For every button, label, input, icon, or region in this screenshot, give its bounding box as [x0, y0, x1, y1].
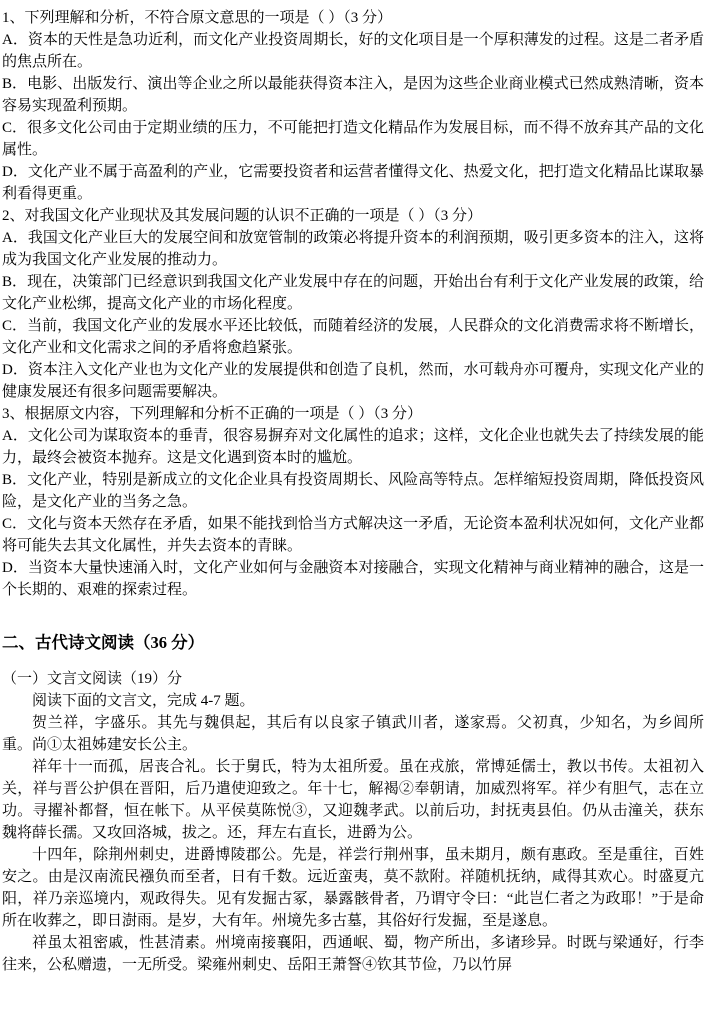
exam-document-page: 1、下列理解和分析，不符合原文意思的一项是（ ）（3 分） A．资本的天性是急功…: [0, 0, 706, 1030]
question-2-option-a: A．我国文化产业巨大的发展空间和放宽管制的政策必将提升资本的利润预期，吸引更多资…: [2, 227, 704, 271]
question-1-option-b: B．电影、出版发行、演出等企业之所以最能获得资本注入，是因为这些企业商业模式已然…: [2, 73, 704, 117]
passage-paragraph-3: 十四年，除荆州刺史，进爵博陵郡公。先是，祥尝行荆州事，虽未期月，颇有惠政。至是重…: [2, 844, 704, 932]
question-3-option-d: D．当资本大量快速涌入时，文化产业如何与金融资本对接融合，实现文化精神与商业精神…: [2, 557, 704, 601]
question-2-option-b: B．现在，决策部门已经意识到我国文化产业发展中存在的问题，开始出台有利于文化产业…: [2, 271, 704, 315]
question-2-stem: 2、对我国文化产业现状及其发展问题的认识不正确的一项是（ ）（3 分）: [2, 205, 704, 227]
passage-instruction: 阅读下面的文言文，完成 4-7 题。: [2, 690, 704, 712]
question-block-2: 2、对我国文化产业现状及其发展问题的认识不正确的一项是（ ）（3 分） A．我国…: [2, 205, 704, 403]
question-3-option-a: A．文化公司为谋取资本的垂青，很容易摒弃对文化属性的追求；这样，文化企业也就失去…: [2, 425, 704, 469]
question-3-option-c: C．文化与资本天然存在矛盾，如果不能找到恰当方式解决这一矛盾，无论资本盈利状况如…: [2, 513, 704, 557]
question-block-1: 1、下列理解和分析，不符合原文意思的一项是（ ）（3 分） A．资本的天性是急功…: [2, 7, 704, 205]
question-1-stem: 1、下列理解和分析，不符合原文意思的一项是（ ）（3 分）: [2, 7, 704, 29]
passage-paragraph-1: 贺兰祥，字盛乐。其先与魏俱起，其后有以良家子镇武川者，遂家焉。父初真，少知名，为…: [2, 712, 704, 756]
question-block-3: 3、根据原文内容，下列理解和分析不正确的一项是（ ）（3 分） A．文化公司为谋…: [2, 403, 704, 601]
question-1-option-c: C．很多文化公司由于定期业绩的压力，不可能把打造文化精品作为发展目标，而不得不放…: [2, 117, 704, 161]
question-3-option-b: B．文化产业，特别是新成立的文化企业具有投资周期长、风险高等特点。怎样缩短投资周…: [2, 469, 704, 513]
passage-paragraph-2: 祥年十一而孤，居丧合礼。长于舅氏，特为太祖所爱。虽在戎旅，常博延儒士，教以书传。…: [2, 756, 704, 844]
section-heading: 二、古代诗文阅读（36 分）: [2, 631, 704, 655]
question-3-stem: 3、根据原文内容，下列理解和分析不正确的一项是（ ）（3 分）: [2, 403, 704, 425]
section-subheading: （一）文言文阅读（19）分: [2, 668, 704, 690]
question-2-option-d: D．资本注入文化产业也为文化产业的发展提供和创造了良机，然而，水可载舟亦可覆舟，…: [2, 359, 704, 403]
question-1-option-d: D．文化产业不属于高盈利的产业，它需要投资者和运营者懂得文化、热爱文化，把打造文…: [2, 161, 704, 205]
passage-paragraph-4: 祥虽太祖密戚，性甚清素。州境南接襄阳，西通岷、蜀，物产所出，多诸珍异。时既与梁通…: [2, 932, 704, 976]
question-1-option-a: A．资本的天性是急功近利，而文化产业投资周期长，好的文化项目是一个厚积薄发的过程…: [2, 29, 704, 73]
classical-reading-section: （一）文言文阅读（19）分 阅读下面的文言文，完成 4-7 题。 贺兰祥，字盛乐…: [2, 668, 704, 976]
question-2-option-c: C．当前，我国文化产业的发展水平还比较低，而随着经济的发展，人民群众的文化消费需…: [2, 315, 704, 359]
